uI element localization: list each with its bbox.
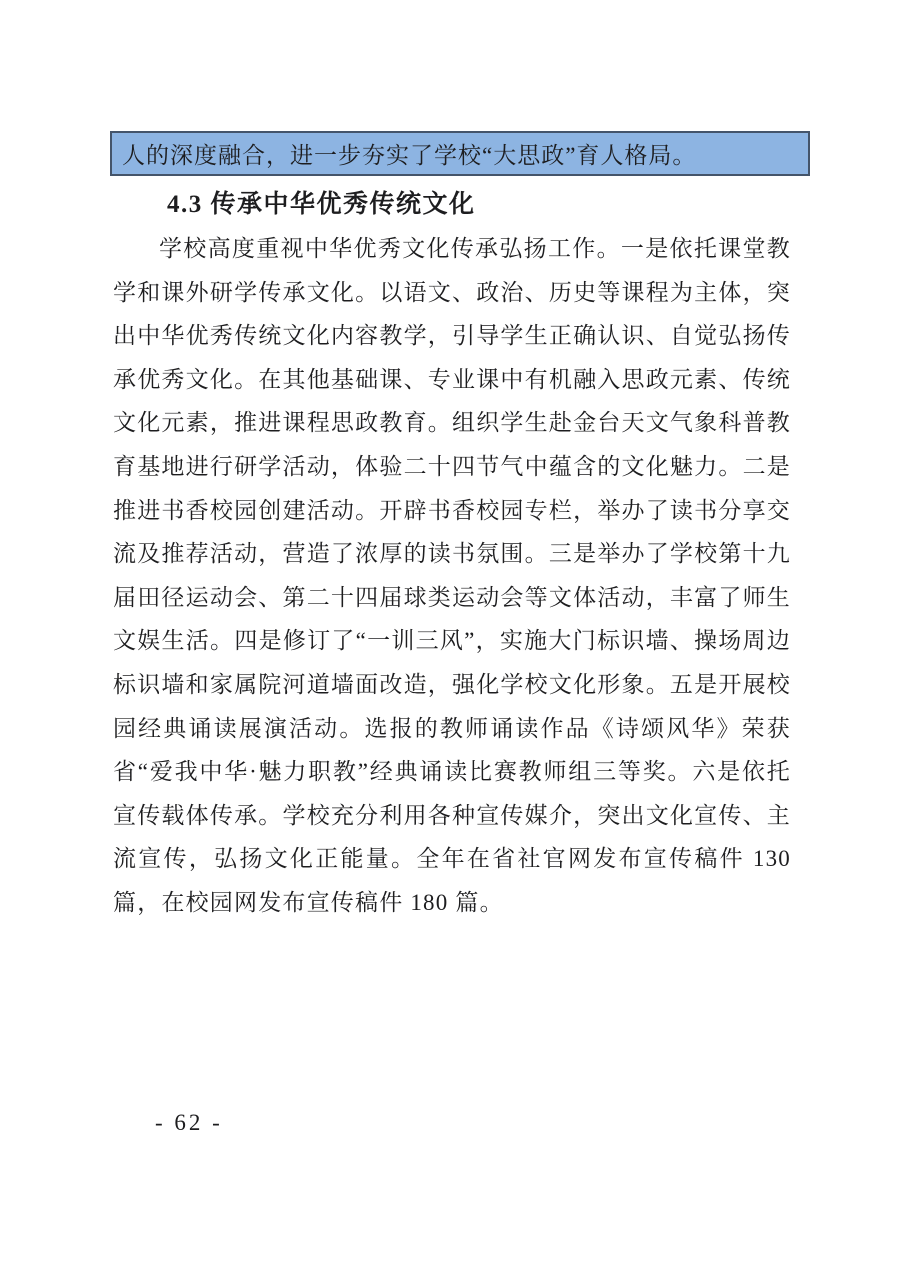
section-heading: 4.3 传承中华优秀传统文化 — [167, 184, 476, 220]
body-paragraph: 学校高度重视中华优秀文化传承弘扬工作。一是依托课堂教学和课外研学传承文化。以语文… — [113, 227, 791, 925]
page-number: - 62 - — [155, 1110, 223, 1136]
document-page: 人的深度融合，进一步夯实了学校“大思政”育人格局。 4.3 传承中华优秀传统文化… — [0, 0, 900, 1273]
highlighted-text: 人的深度融合，进一步夯实了学校“大思政”育人格局。 — [122, 137, 696, 170]
highlighted-paragraph: 人的深度融合，进一步夯实了学校“大思政”育人格局。 — [110, 131, 810, 176]
